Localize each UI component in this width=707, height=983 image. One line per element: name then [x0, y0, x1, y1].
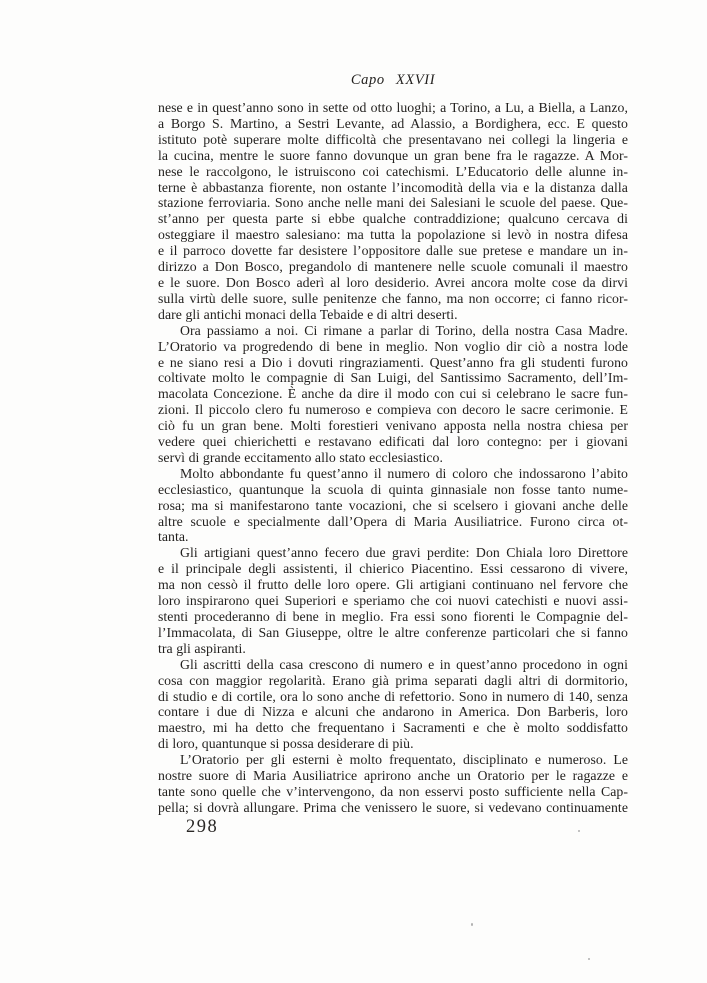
text-line: altre scuole e specialmente dall’Opera d… — [158, 514, 628, 530]
text-line: maestro, mi ha detto che frequentano i S… — [158, 720, 628, 736]
text-line: di studio e di cortile, ora lo sono anch… — [158, 689, 628, 705]
text-line: tante sono quelle che v’intervengono, da… — [158, 784, 628, 800]
page-number: 298 — [186, 817, 218, 838]
text-line: terne è abbastanza fiorente, non ostante… — [158, 180, 628, 196]
text-line: L’Oratorio per gli esterni è molto frequ… — [158, 752, 628, 768]
text-line: loro inspirarono quei Superiori e speria… — [158, 593, 628, 609]
text-line: osteggiare il maestro salesiano: ma tutt… — [158, 227, 628, 243]
text-line: stenti procederanno di bene in meglio. F… — [158, 609, 628, 625]
text-line: coltivate molto le compagnie di San Luig… — [158, 370, 628, 386]
text-line: dare gli antichi monaci della Tebaide e … — [158, 307, 628, 323]
text-line: Gli ascritti della casa crescono di nume… — [158, 657, 628, 673]
text-line: nese le raccolgono, le istruiscono coi c… — [158, 164, 628, 180]
text-line: Gli artigiani quest’anno fecero due grav… — [158, 545, 628, 561]
scan-speck — [588, 958, 590, 960]
text-line: tanta. — [158, 529, 628, 545]
text-column: nese e in quest’anno sono in sette od ot… — [158, 100, 628, 816]
text-line: ma non cessò il frutto delle loro opere.… — [158, 577, 628, 593]
text-line: dirizzo a Don Bosco, pregandolo di mante… — [158, 259, 628, 275]
text-line: zioni. Il piccolo clero fu numeroso e co… — [158, 402, 628, 418]
scan-speck — [578, 830, 580, 832]
text-line: ciò fu un gran bene. Molti forestieri ve… — [158, 418, 628, 434]
text-line: la cucina, mentre le suore fanno dovunqu… — [158, 148, 628, 164]
text-line: nese e in quest’anno sono in sette od ot… — [158, 100, 628, 116]
text-line: tra gli aspiranti. — [158, 641, 628, 657]
text-line: nostre suore di Maria Ausiliatrice aprir… — [158, 768, 628, 784]
text-line: Ora passiamo a noi. Ci rimane a parlar d… — [158, 323, 628, 339]
text-line: sulla virtù delle suore, sulle penitenze… — [158, 291, 628, 307]
text-line: e le suore. Don Bosco aderì al loro desi… — [158, 275, 628, 291]
text-line: pella; si dovrà allungare. Prima che ven… — [158, 800, 628, 816]
text-line: l’Immacolata, di San Giuseppe, oltre le … — [158, 625, 628, 641]
book-page: Capo XXVII nese e in quest’anno sono in … — [0, 0, 707, 983]
text-line: e il parroco dovette far desistere l’opp… — [158, 243, 628, 259]
text-line: cosa con maggior regolarità. Erano già p… — [158, 673, 628, 689]
text-line: stazione ferroviaria. Sono anche nelle m… — [158, 195, 628, 211]
text-line: contare i due di Nizza e alcuni che anda… — [158, 704, 628, 720]
text-line: e ne siano resi a Dio i dovuti ringrazia… — [158, 355, 628, 371]
text-line: L’Oratorio va progredendo di bene in meg… — [158, 339, 628, 355]
text-line: st’anno per questa parte si ebbe qualche… — [158, 211, 628, 227]
text-line: di loro, quantunque si possa desiderare … — [158, 736, 628, 752]
running-header: Capo XXVII — [158, 72, 628, 89]
text-line: e il principale degli assistenti, il chi… — [158, 561, 628, 577]
text-line: a Borgo S. Martino, a Sestri Levante, ad… — [158, 116, 628, 132]
text-line: istituto potè superare molte difficoltà … — [158, 132, 628, 148]
text-line: vedere quei chierichetti e restavano edi… — [158, 434, 628, 450]
text-line: macolata Concezione. È anche da dire il … — [158, 386, 628, 402]
text-line: ecclesiastico, quantunque la scuola di q… — [158, 482, 628, 498]
text-line: Molto abbondante fu quest’anno il numero… — [158, 466, 628, 482]
text-line: rosa; ma si manifestarono tante vocazion… — [158, 498, 628, 514]
text-line: servì di grande eccitamento allo stato e… — [158, 450, 628, 466]
scan-speck — [471, 923, 473, 926]
